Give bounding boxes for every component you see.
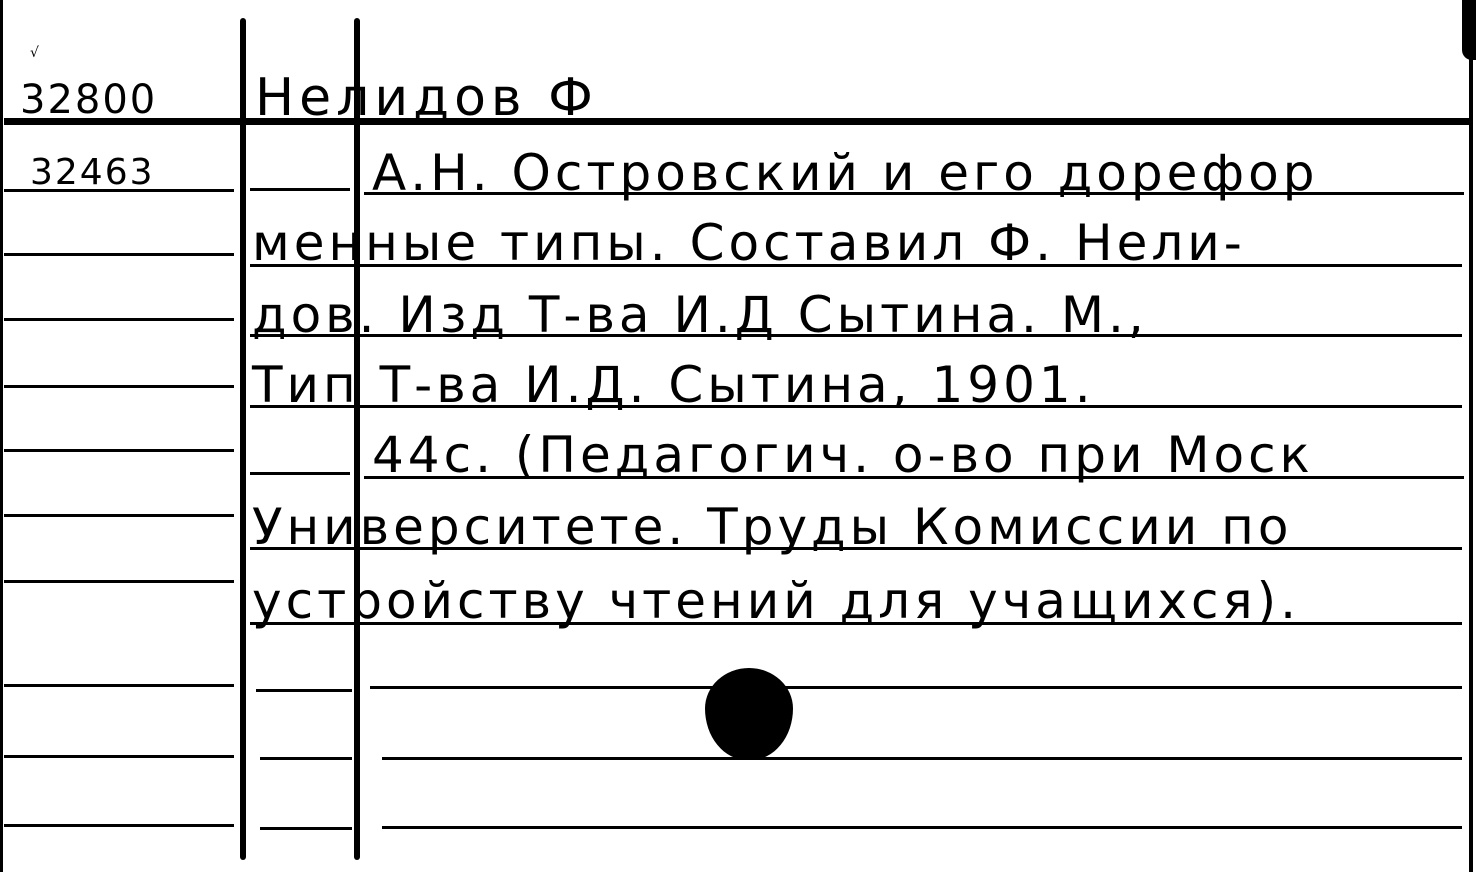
rule-1-mid <box>250 188 350 191</box>
rule-2-left <box>4 253 234 256</box>
rule-4-left <box>4 385 234 388</box>
heading-rule <box>4 118 1472 125</box>
rule-8 <box>370 686 1462 689</box>
rule-8-mid <box>256 689 352 692</box>
rule-5-mid <box>250 472 350 475</box>
entry-line-6: Университете. Труды Комиссии по <box>252 502 1292 552</box>
rule-10-left <box>4 824 234 827</box>
rule-8-left <box>4 684 234 687</box>
punch-hole <box>705 668 793 760</box>
check-mark: √ <box>30 45 39 61</box>
column-rule-1 <box>240 18 246 860</box>
rule-3-left <box>4 318 234 321</box>
rule-10-mid <box>260 827 352 830</box>
rule-9-left <box>4 755 234 758</box>
entry-line-5: 44с. (Педагогич. о-во при Моск <box>372 430 1314 480</box>
catalog-card: 32800 32463 √ Нелидов Ф А.Н. Островский … <box>0 0 1480 872</box>
entry-line-2: менные типы. Составил Ф. Нели- <box>252 218 1246 268</box>
rule-10 <box>382 826 1462 829</box>
author-heading: Нелидов Ф <box>255 72 598 124</box>
rule-7-left <box>4 580 234 583</box>
card-left-edge <box>0 0 3 872</box>
rule-6-left <box>4 514 234 517</box>
entry-line-7: устройству чтений для учащихся). <box>252 576 1300 626</box>
rule-9-mid <box>260 757 352 760</box>
card-right-edge <box>1469 0 1473 872</box>
rule-5-left <box>4 449 234 452</box>
entry-line-1: А.Н. Островский и его дорефор <box>372 148 1318 198</box>
entry-line-4: Тип Т-ва И.Д. Сытина, 1901. <box>252 360 1095 410</box>
accession-number-1: 32800 <box>20 80 157 120</box>
rule-9 <box>382 757 1462 760</box>
accession-number-2: 32463 <box>30 155 155 191</box>
entry-line-3: дов. Изд Т-ва И.Д Сытина. М., <box>252 290 1148 340</box>
card-corner-mark <box>1462 0 1476 60</box>
column-rule-2 <box>354 18 360 860</box>
